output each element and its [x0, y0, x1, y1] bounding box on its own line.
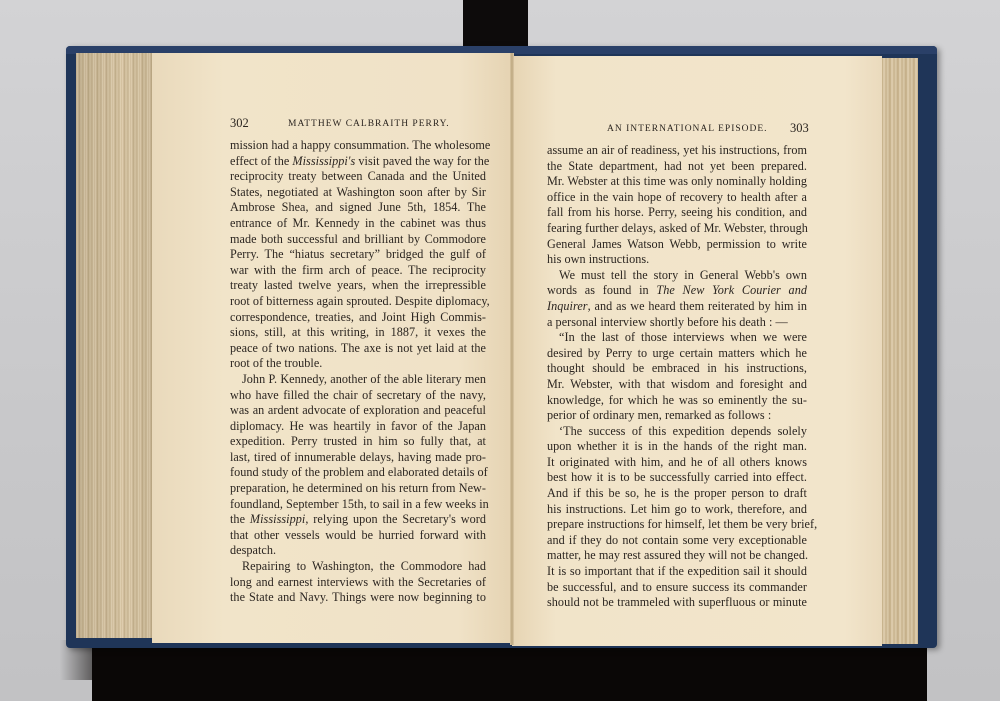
- text-line: sions, still, at this writing, in 1887, …: [230, 325, 486, 341]
- text-line: upon whether it is in the hands of the r…: [547, 439, 807, 455]
- text-line: office in the vain hope of recovery to h…: [547, 190, 807, 206]
- text-line: root of the trouble.: [230, 356, 486, 372]
- text-line: And if this be so, he is the proper pers…: [547, 486, 807, 502]
- text-line: last, tired of innumerable delays, havin…: [230, 450, 486, 466]
- right-page-body: assume an air of readiness, yet his inst…: [547, 143, 807, 611]
- text-line: reciprocity treaty between Canada and th…: [230, 169, 486, 185]
- right-page-stack: [880, 58, 918, 644]
- text-line: and if they do not contain some very exc…: [547, 533, 807, 549]
- text-line: Mr. Webster, with that wisdom and foresi…: [547, 377, 807, 393]
- text-line: that other vessels would be hurried forw…: [230, 528, 486, 544]
- text-line: the Mississippi, relying upon the Secret…: [230, 512, 486, 528]
- book-gutter: [510, 53, 514, 645]
- text-line: fearing further delays, asked of Mr. Web…: [547, 221, 807, 237]
- text-line: preparation, he determined on his return…: [230, 481, 486, 497]
- text-line: States, negotiated at Washington soon af…: [230, 185, 486, 201]
- text-line: peace of two nations. The axe is not yet…: [230, 341, 486, 357]
- text-line: entrance of Mr. Kennedy in the cabinet w…: [230, 216, 486, 232]
- text-line: his own instructions.: [547, 252, 807, 268]
- text-line: perior of ordinary men, remarked as foll…: [547, 408, 807, 424]
- text-line: words as found in The New York Courier a…: [547, 283, 807, 299]
- text-line: effect of the Mississippi's visit paved …: [230, 154, 486, 170]
- text-line: despatch.: [230, 543, 486, 559]
- text-line: thought should be embraced in his instru…: [547, 361, 807, 377]
- text-line: It is so important that if the expeditio…: [547, 564, 807, 580]
- text-line: Perry. The “hiatus secretary” bridged th…: [230, 247, 486, 263]
- text-line: prepare instructions for himself, let th…: [547, 517, 807, 533]
- left-running-head: MATTHEW CALBRAITH PERRY.: [288, 119, 450, 129]
- right-page-number: 303: [790, 121, 809, 136]
- text-line: expedition. Perry trusted in him so full…: [230, 434, 486, 450]
- text-line: war with the firm arch of peace. The rec…: [230, 263, 486, 279]
- text-line: We must tell the story in General Webb's…: [547, 268, 807, 284]
- text-line: best how it is to be successfully carrie…: [547, 470, 807, 486]
- text-line: assume an air of readiness, yet his inst…: [547, 143, 807, 159]
- text-line: be successful, and to ensure success its…: [547, 580, 807, 596]
- text-line: found study of the problem and elaborate…: [230, 465, 486, 481]
- text-line: ‘The success of this expedition depends …: [547, 424, 807, 440]
- text-line: his instructions. Let him go to work, th…: [547, 502, 807, 518]
- book-shadow: [92, 640, 927, 701]
- text-line: General James Watson Webb, permission to…: [547, 237, 807, 253]
- text-line: desired by Perry to urge certain matters…: [547, 346, 807, 362]
- left-page-number: 302: [230, 116, 249, 131]
- text-line: treaty lasted twelve years, when the irr…: [230, 278, 486, 294]
- text-line: knowledge, for which he was so eminently…: [547, 393, 807, 409]
- text-line: the State department, had not yet been p…: [547, 159, 807, 175]
- text-line: a personal interview shortly before his …: [547, 315, 807, 331]
- text-line: was an ardent advocate of exploration an…: [230, 403, 486, 419]
- text-line: “In the last of those interviews when we…: [547, 330, 807, 346]
- text-line: correspondence, treaties, and Joint High…: [230, 310, 486, 326]
- text-line: matter, he may rest assured they will no…: [547, 548, 807, 564]
- text-line: fall from his horse. Perry, seeing his c…: [547, 205, 807, 221]
- text-line: foundland, September 15th, to sail in a …: [230, 497, 486, 513]
- black-strap: [463, 0, 528, 52]
- text-line: Repairing to Washington, the Commodore h…: [230, 559, 486, 575]
- text-line: mission had a happy consummation. The wh…: [230, 138, 486, 154]
- text-line: the State and Navy. Things were now begi…: [230, 590, 486, 606]
- text-line: diplomacy. He was heartily in favor of t…: [230, 419, 486, 435]
- text-line: made both successful and brilliant by Co…: [230, 232, 486, 248]
- text-line: John P. Kennedy, another of the able lit…: [230, 372, 486, 388]
- text-line: root of bitterness again sprouted. Despi…: [230, 294, 486, 310]
- left-page-stack: [76, 53, 156, 638]
- text-line: who have filled the chair of secretary o…: [230, 388, 486, 404]
- text-line: should not be trammeled with superfluous…: [547, 595, 807, 611]
- text-line: Inquirer, and as we heard them reiterate…: [547, 299, 807, 315]
- text-line: long and earnest interviews with the Sec…: [230, 575, 486, 591]
- right-running-head: AN INTERNATIONAL EPISODE.: [607, 124, 768, 134]
- text-line: Ambrose Shea, and signed June 5th, 1854.…: [230, 200, 486, 216]
- text-line: Mr. Webster at this time was only nomina…: [547, 174, 807, 190]
- text-line: It originated with him, and he of all ot…: [547, 455, 807, 471]
- left-page-body: mission had a happy consummation. The wh…: [230, 138, 486, 606]
